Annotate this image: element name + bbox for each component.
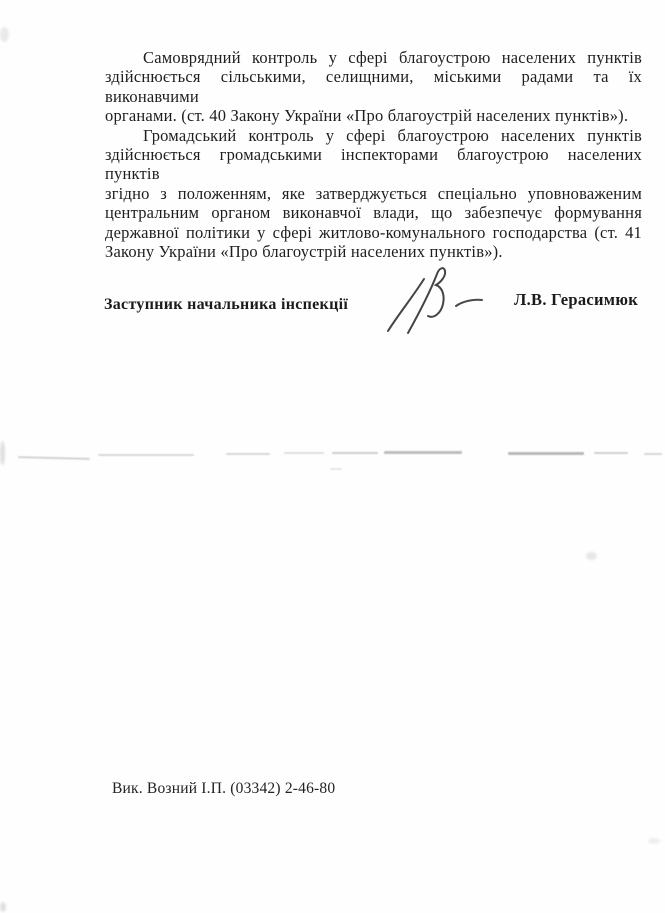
executor-contact-note: Вик. Возний І.П. (03342) 2-46-80 bbox=[112, 780, 335, 798]
scan-fold-segment bbox=[384, 451, 462, 454]
signatory-name: Л.В. Герасимюк bbox=[514, 290, 638, 310]
text-line: здійснюється громадськими інспекторами б… bbox=[105, 145, 642, 184]
text-line: Самоврядний контроль у сфері благоустрою… bbox=[105, 48, 642, 67]
handwritten-signature-icon bbox=[378, 255, 496, 337]
scan-fold-segment bbox=[284, 452, 324, 454]
text-line: згідно з положенням, яке затверджується … bbox=[105, 184, 642, 203]
scan-fold-segment bbox=[330, 468, 342, 470]
scan-smudge bbox=[0, 441, 5, 465]
scan-smudge bbox=[0, 902, 6, 912]
scan-fold-segment bbox=[98, 454, 194, 456]
scan-smudge bbox=[0, 27, 9, 42]
text-line: Громадський контроль у сфері благоустрою… bbox=[105, 126, 642, 145]
scan-fold-segment bbox=[508, 452, 584, 455]
scan-smudge bbox=[648, 838, 660, 844]
scanned-document-page: Самоврядний контроль у сфері благоустрою… bbox=[0, 0, 665, 913]
text-line: органами. (ст. 40 Закону України «Про бл… bbox=[105, 106, 642, 125]
text-line: центральним органом виконавчої влади, що… bbox=[105, 203, 642, 222]
text-line: здійснюється сільськими, селищними, місь… bbox=[105, 67, 642, 106]
signatory-job-title: Заступник начальника інспекції bbox=[104, 296, 348, 314]
text-line: державної політики у сфері житлово-комун… bbox=[105, 223, 642, 242]
text-line: Закону України «Про благоустрій населени… bbox=[105, 242, 642, 261]
scan-fold-segment bbox=[226, 453, 270, 455]
document-body-text: Самоврядний контроль у сфері благоустрою… bbox=[105, 48, 642, 261]
scan-fold-segment bbox=[594, 452, 628, 454]
scan-fold-segment bbox=[644, 453, 662, 455]
scan-fold-segment bbox=[18, 456, 90, 460]
scan-fold-segment bbox=[332, 452, 378, 454]
scan-smudge bbox=[586, 552, 597, 560]
